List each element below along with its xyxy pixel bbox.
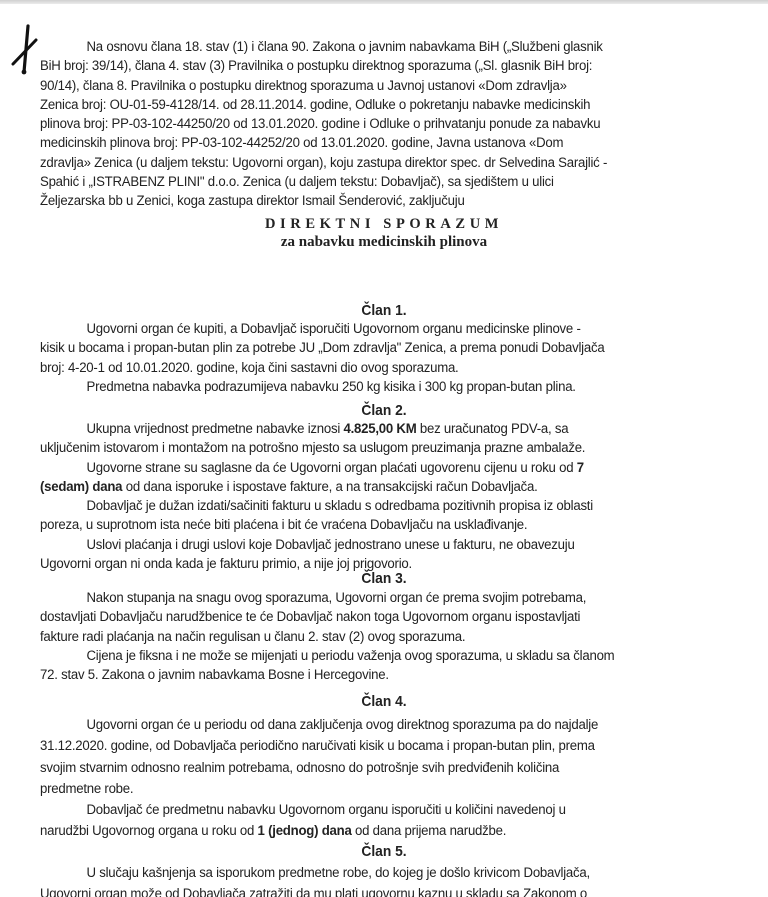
article-line: broj: 4-20-1 od 10.01.2020. godine, koja… (40, 359, 736, 378)
article-line: Ugovorni organ može od Dobavljača zatraž… (40, 884, 736, 897)
text-span: Ukupna vrijednost predmetne nabavke izno… (87, 421, 344, 437)
preamble-line: Spahić i „ISTRABENZ PLINI" d.o.o. Zenica… (40, 173, 736, 192)
article-3-heading: Član 3. (31, 570, 738, 587)
text-span: od dana prijema narudžbe. (352, 823, 507, 839)
article-line: fakture radi plaćanja na način regulisan… (40, 628, 736, 647)
document-page: Na osnovu člana 18. stav (1) i člana 90.… (0, 0, 768, 897)
article-line: predmetne robe. (40, 779, 736, 800)
article-line: Ukupna vrijednost predmetne nabavke izno… (40, 420, 736, 439)
article-line: (sedam) dana od dana isporuke i ispostav… (40, 478, 736, 497)
payment-days-text: (sedam) dana (40, 479, 122, 495)
handwritten-mark-icon (6, 22, 42, 78)
article-line: Dobavljač će predmetnu nabavku Ugovornom… (40, 800, 736, 821)
document-title: DIREKTNI SPORAZUM (0, 216, 768, 233)
article-2-body: Ukupna vrijednost predmetne nabavke izno… (40, 420, 736, 574)
preamble-line: zdravlja» Zenica (u daljem tekstu: Ugovo… (40, 154, 736, 173)
article-4-body: Ugovorni organ će u periodu od dana zakl… (40, 715, 736, 843)
article-line: Ugovorne strane su saglasne da će Ugovor… (40, 459, 736, 478)
article-2-heading: Član 2. (31, 402, 738, 419)
article-1-body: Ugovorni organ će kupiti, a Dobavljač is… (40, 320, 736, 397)
preamble-line: 90/14), člana 8. Pravilnika o postupku d… (40, 77, 736, 96)
article-line: Ugovorni organ će kupiti, a Dobavljač is… (40, 320, 736, 339)
article-line: dostavljati Dobavljaču narudžbenice te ć… (40, 608, 736, 627)
article-line: 31.12.2020. godine, od Dobavljača period… (40, 736, 736, 757)
preamble-line: Željezarska bb u Zenici, koga zastupa di… (40, 192, 736, 211)
article-line: narudžbi Ugovornog organa u roku od 1 (j… (40, 821, 736, 842)
article-4-heading: Član 4. (31, 693, 738, 710)
text-span: narudžbi Ugovornog organa u roku od (40, 823, 258, 839)
article-line: kisik u bocama i propan-butan plin za po… (40, 339, 736, 358)
article-5-heading: Član 5. (31, 843, 738, 860)
delivery-days: 1 (jednog) dana (258, 823, 352, 839)
article-line: U slučaju kašnjenja sa isporukom predmet… (40, 863, 736, 884)
text-span: Ugovorne strane su saglasne da će Ugovor… (87, 460, 577, 476)
article-line: Ugovorni organ će u periodu od dana zakl… (40, 715, 736, 736)
total-amount: 4.825,00 KM (343, 421, 416, 437)
article-line: Cijena je fiksna i ne može se mijenjati … (40, 647, 736, 666)
article-1-heading: Član 1. (31, 302, 738, 319)
article-line: Dobavljač je dužan izdati/sačiniti faktu… (40, 497, 736, 516)
preamble-line: Zenica broj: OU-01-59-4128/14. od 28.11.… (40, 96, 736, 115)
article-line: uključenim istovarom i montažom na potro… (40, 439, 736, 458)
article-line: 72. stav 5. Zakona o javnim nabavkama Bo… (40, 666, 736, 685)
article-3-body: Nakon stupanja na snagu ovog sporazuma, … (40, 589, 736, 685)
preamble-line: medicinskih plinova broj: PP-03-102-4425… (40, 134, 736, 153)
preamble-line: Na osnovu člana 18. stav (1) i člana 90.… (40, 38, 736, 57)
preamble-line: BiH broj: 39/14), člana 4. stav (3) Prav… (40, 57, 736, 76)
article-line: Nakon stupanja na snagu ovog sporazuma, … (40, 589, 736, 608)
article-line: Predmetna nabavka podrazumijeva nabavku … (40, 378, 736, 397)
preamble: Na osnovu člana 18. stav (1) i člana 90.… (40, 38, 736, 212)
payment-days-number: 7 (577, 460, 584, 476)
preamble-line: plinova broj: PP-03-102-44250/20 od 13.0… (40, 115, 736, 134)
text-span: od dana isporuke i ispostave fakture, a … (122, 479, 537, 495)
text-span: bez uračunatog PDV-a, sa (416, 421, 568, 437)
article-line: poreza, u suprotnom ista neće biti plaće… (40, 516, 736, 535)
article-line: svojim stvarnim odnosno realnim potrebam… (40, 758, 736, 779)
article-5-body: U slučaju kašnjenja sa isporukom predmet… (40, 863, 736, 897)
article-line: Uslovi plaćanja i drugi uslovi koje Doba… (40, 536, 736, 555)
document-subtitle: za nabavku medicinskih plinova (0, 234, 768, 251)
